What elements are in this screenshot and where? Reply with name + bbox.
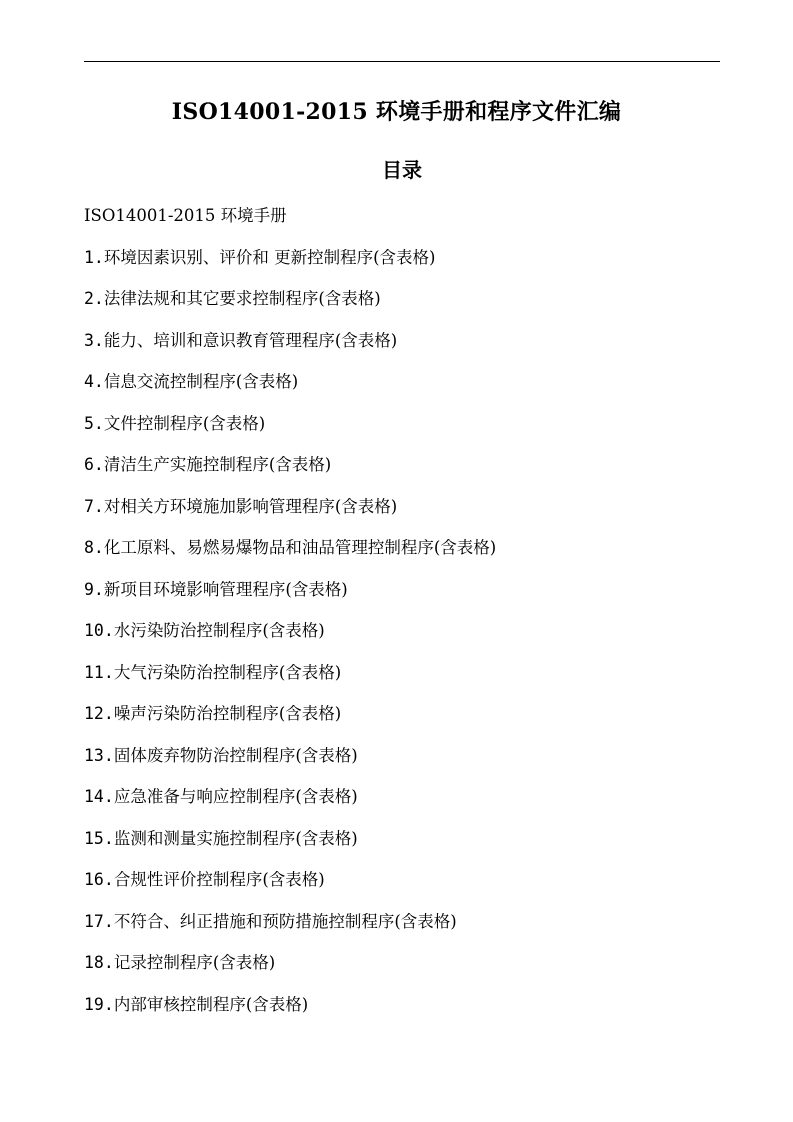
toc-entry: 7.对相关方环境施加影响管理程序(含表格) <box>84 493 724 535</box>
toc-entry-text: 内部审核控制程序(含表格) <box>114 995 308 1014</box>
toc-entry-number: 4. <box>84 372 104 391</box>
toc-entry-number: 5. <box>84 414 104 433</box>
toc-entry-text: 化工原料、易燃易爆物品和油品管理控制程序(含表格) <box>104 538 496 557</box>
toc-entry: 15.监测和测量实施控制程序(含表格) <box>84 825 724 867</box>
toc-entry: 5.文件控制程序(含表格) <box>84 410 724 452</box>
header-rule <box>84 61 720 62</box>
toc-heading: 目录 <box>0 155 793 185</box>
toc-entry-manual: ISO14001-2015 环境手册 <box>84 202 724 244</box>
toc-entry-number: 10. <box>84 621 114 640</box>
toc-entry: 2.法律法规和其它要求控制程序(含表格) <box>84 285 724 327</box>
toc-entry-text: ISO14001-2015 环境手册 <box>84 206 287 225</box>
toc-entry-number: 12. <box>84 704 114 723</box>
toc-entry: 16.合规性评价控制程序(含表格) <box>84 866 724 908</box>
toc-entry: 3.能力、培训和意识教育管理程序(含表格) <box>84 327 724 369</box>
toc-entry-text: 监测和测量实施控制程序(含表格) <box>114 829 358 848</box>
toc-entry-number: 14. <box>84 787 114 806</box>
toc-entry: 17.不符合、纠正措施和预防措施控制程序(含表格) <box>84 908 724 950</box>
toc-entry-text: 能力、培训和意识教育管理程序(含表格) <box>104 331 397 350</box>
toc-entry: 19.内部审核控制程序(含表格) <box>84 991 724 1033</box>
toc-entry-text: 合规性评价控制程序(含表格) <box>114 870 325 889</box>
toc-entry-text: 不符合、纠正措施和预防措施控制程序(含表格) <box>114 912 457 931</box>
toc-entry-text: 法律法规和其它要求控制程序(含表格) <box>104 289 381 308</box>
toc-entry-text: 对相关方环境施加影响管理程序(含表格) <box>104 497 397 516</box>
toc-entry: 13.固体废弃物防治控制程序(含表格) <box>84 742 724 784</box>
toc-entry-number: 7. <box>84 497 104 516</box>
toc-entry-number: 8. <box>84 538 104 557</box>
toc-entry: 6.清洁生产实施控制程序(含表格) <box>84 451 724 493</box>
toc-entry: 14.应急准备与响应控制程序(含表格) <box>84 783 724 825</box>
toc-entry-text: 环境因素识别、评价和 更新控制程序(含表格) <box>104 248 436 267</box>
toc-entry-number: 18. <box>84 953 114 972</box>
toc-entry-text: 清洁生产实施控制程序(含表格) <box>104 455 331 474</box>
toc-entry-number: 13. <box>84 746 114 765</box>
toc-entry: 4.信息交流控制程序(含表格) <box>84 368 724 410</box>
toc-entry: 1.环境因素识别、评价和 更新控制程序(含表格) <box>84 244 724 286</box>
toc-entry-text: 文件控制程序(含表格) <box>104 414 265 433</box>
toc-entry-number: 2. <box>84 289 104 308</box>
toc-entry-number: 3. <box>84 331 104 350</box>
toc-entry-number: 16. <box>84 870 114 889</box>
toc-entry: 8.化工原料、易燃易爆物品和油品管理控制程序(含表格) <box>84 534 724 576</box>
toc-entry-text: 噪声污染防治控制程序(含表格) <box>114 704 341 723</box>
toc-entry-number: 17. <box>84 912 114 931</box>
toc-entry-text: 新项目环境影响管理程序(含表格) <box>104 580 348 599</box>
toc-entry-text: 信息交流控制程序(含表格) <box>104 372 298 391</box>
toc-entry-number: 11. <box>84 663 114 682</box>
toc-entry-number: 1. <box>84 248 104 267</box>
toc-entry: 9.新项目环境影响管理程序(含表格) <box>84 576 724 618</box>
document-title: ISO14001-2015 环境手册和程序文件汇编 <box>0 96 793 128</box>
toc-entry-number: 9. <box>84 580 104 599</box>
toc-entry-text: 记录控制程序(含表格) <box>114 953 275 972</box>
toc-entry: 11.大气污染防治控制程序(含表格) <box>84 659 724 701</box>
table-of-contents: ISO14001-2015 环境手册 1.环境因素识别、评价和 更新控制程序(含… <box>84 202 724 1032</box>
toc-entry-number: 15. <box>84 829 114 848</box>
toc-entry-number: 19. <box>84 995 114 1014</box>
toc-entry-number: 6. <box>84 455 104 474</box>
toc-entry: 18.记录控制程序(含表格) <box>84 949 724 991</box>
toc-entry: 10.水污染防治控制程序(含表格) <box>84 617 724 659</box>
toc-entry-text: 固体废弃物防治控制程序(含表格) <box>114 746 358 765</box>
toc-entry-text: 水污染防治控制程序(含表格) <box>114 621 325 640</box>
toc-entry-text: 应急准备与响应控制程序(含表格) <box>114 787 358 806</box>
toc-entry-text: 大气污染防治控制程序(含表格) <box>114 663 341 682</box>
toc-entry: 12.噪声污染防治控制程序(含表格) <box>84 700 724 742</box>
